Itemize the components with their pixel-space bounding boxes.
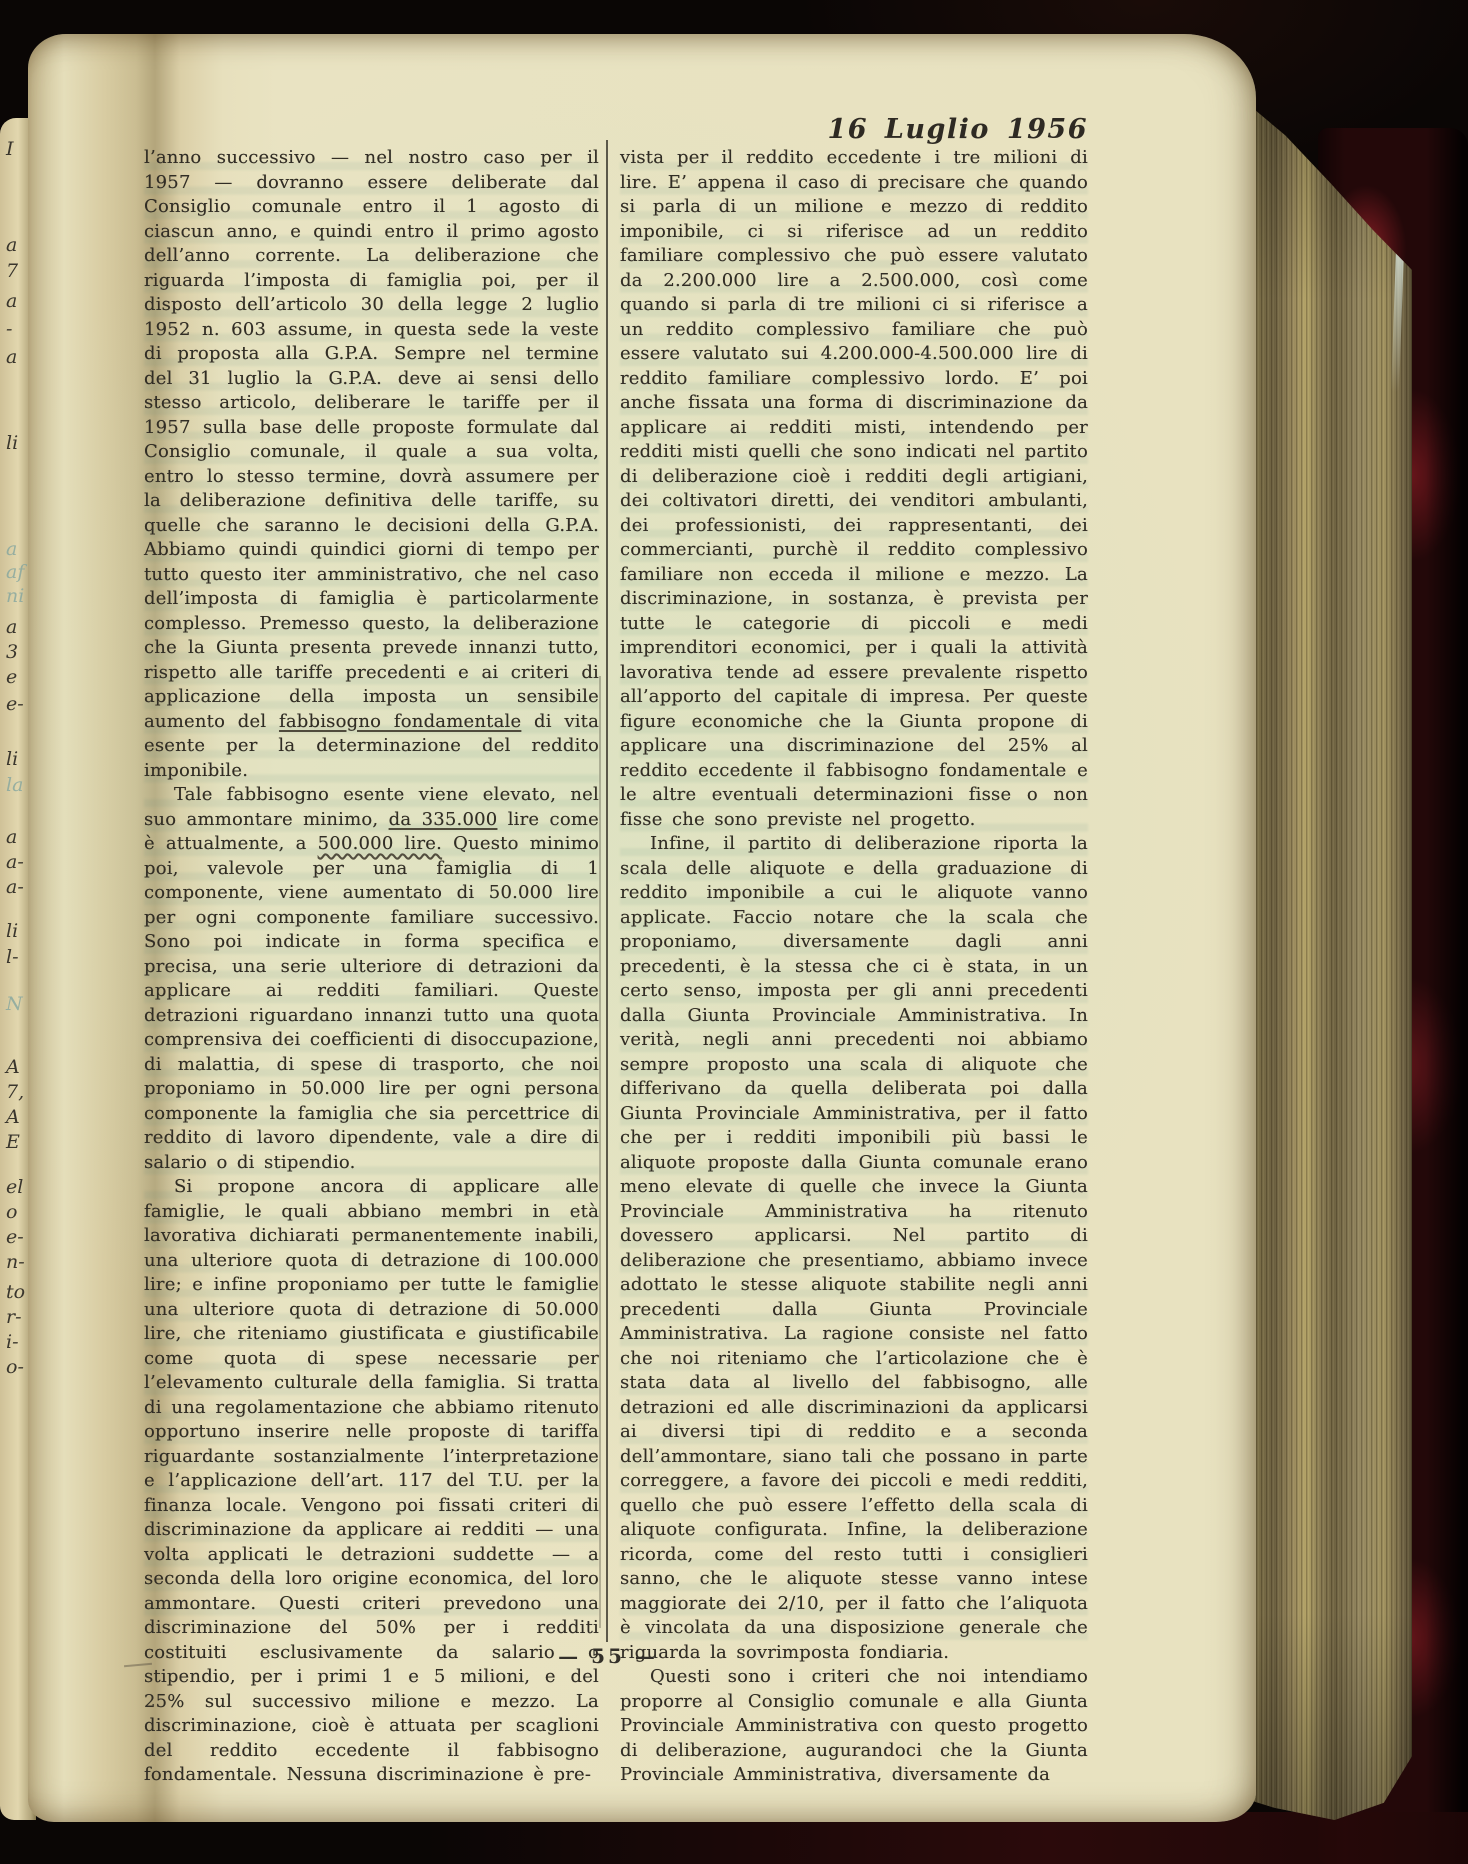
paragraph: Infine, il partito di deliberazione ripo… xyxy=(620,832,1088,1665)
page-edges-fore-edge xyxy=(1236,94,1412,1820)
margin-fragment: r- xyxy=(6,1308,22,1327)
margin-fragment: a xyxy=(6,292,17,311)
text-segment: Si propone ancora di applicare alle fami… xyxy=(144,1176,599,1785)
margin-fragment: to xyxy=(6,1283,25,1302)
left-column: l’anno successivo — nel nostro caso per … xyxy=(144,146,599,1788)
margin-fragment: 7 xyxy=(6,262,18,281)
margin-fragment: li xyxy=(6,922,18,941)
text-segment: vista per il reddito eccedente i tre mil… xyxy=(620,147,1088,830)
paragraph: Si propone ancora di applicare alle fami… xyxy=(144,1175,599,1788)
margin-fragment: la xyxy=(6,776,23,795)
paragraph: Questi sono i criteri che noi intendiamo… xyxy=(620,1665,1088,1788)
pencil-underlined-text: 500.000 lire. xyxy=(318,833,442,854)
margin-fragment: I xyxy=(6,140,14,159)
margin-fragments: Ia7a-aliaafnia3ee-lilaaa-a-lil-NA7,AEelo… xyxy=(0,0,40,1864)
margin-fragment: - xyxy=(6,320,12,339)
margin-fragment: a xyxy=(6,348,17,367)
margin-fragment: 3 xyxy=(6,643,18,662)
margin-fragment: a xyxy=(6,828,17,847)
column-divider-rule-faint xyxy=(599,676,601,1628)
margin-fragment: ni xyxy=(6,587,24,606)
page-number: — 55 — xyxy=(448,1644,768,1668)
margin-fragment: e xyxy=(6,668,17,687)
margin-fragment: el xyxy=(6,1178,23,1197)
margin-fragment: a xyxy=(6,236,17,255)
margin-fragment: o xyxy=(6,1203,17,1222)
book-photo: 16 Luglio 1956 l’anno successivo — nel n… xyxy=(0,0,1468,1864)
margin-fragment: o- xyxy=(6,1358,24,1377)
book-page: 16 Luglio 1956 l’anno successivo — nel n… xyxy=(28,34,1256,1822)
margin-fragment: a xyxy=(6,618,17,637)
margin-fragment: a- xyxy=(6,878,24,897)
paragraph: vista per il reddito eccedente i tre mil… xyxy=(620,146,1088,832)
margin-fragment: li xyxy=(6,750,18,769)
column-divider-rule xyxy=(606,140,608,1642)
margin-fragment: li xyxy=(6,434,18,453)
page-header-date: 16 Luglio 1956 xyxy=(668,114,1088,145)
margin-fragment: A xyxy=(6,1108,20,1127)
margin-fragment: A xyxy=(6,1058,20,1077)
margin-fragment: e- xyxy=(6,695,24,714)
margin-fragment: l- xyxy=(6,948,19,967)
text-segment: Questo minimo poi, valevole per una fami… xyxy=(144,833,599,1173)
paragraph: l’anno successivo — nel nostro caso per … xyxy=(144,146,599,783)
paragraph: Tale fabbisogno esente viene elevato, ne… xyxy=(144,783,599,1175)
margin-fragment: af xyxy=(6,563,24,582)
margin-fragment: a- xyxy=(6,853,24,872)
pencil-underlined-text: fabbisogno fondamentale xyxy=(279,711,521,732)
margin-fragment: N xyxy=(6,995,23,1014)
text-segment: Infine, il partito di deliberazione ripo… xyxy=(620,833,1088,1663)
pencil-underlined-text: da 335.000 xyxy=(389,809,498,830)
margin-fragment: a xyxy=(6,540,17,559)
margin-fragment: i- xyxy=(6,1333,19,1352)
text-segment: Questi sono i criteri che noi intendiamo… xyxy=(620,1666,1088,1785)
margin-fragment: 7, xyxy=(6,1083,24,1102)
text-segment: l’anno successivo — nel nostro caso per … xyxy=(144,147,599,732)
margin-fragment: n- xyxy=(6,1253,25,1272)
margin-fragment: E xyxy=(6,1133,20,1152)
margin-fragment: e- xyxy=(6,1228,24,1247)
right-column: vista per il reddito eccedente i tre mil… xyxy=(620,146,1088,1788)
